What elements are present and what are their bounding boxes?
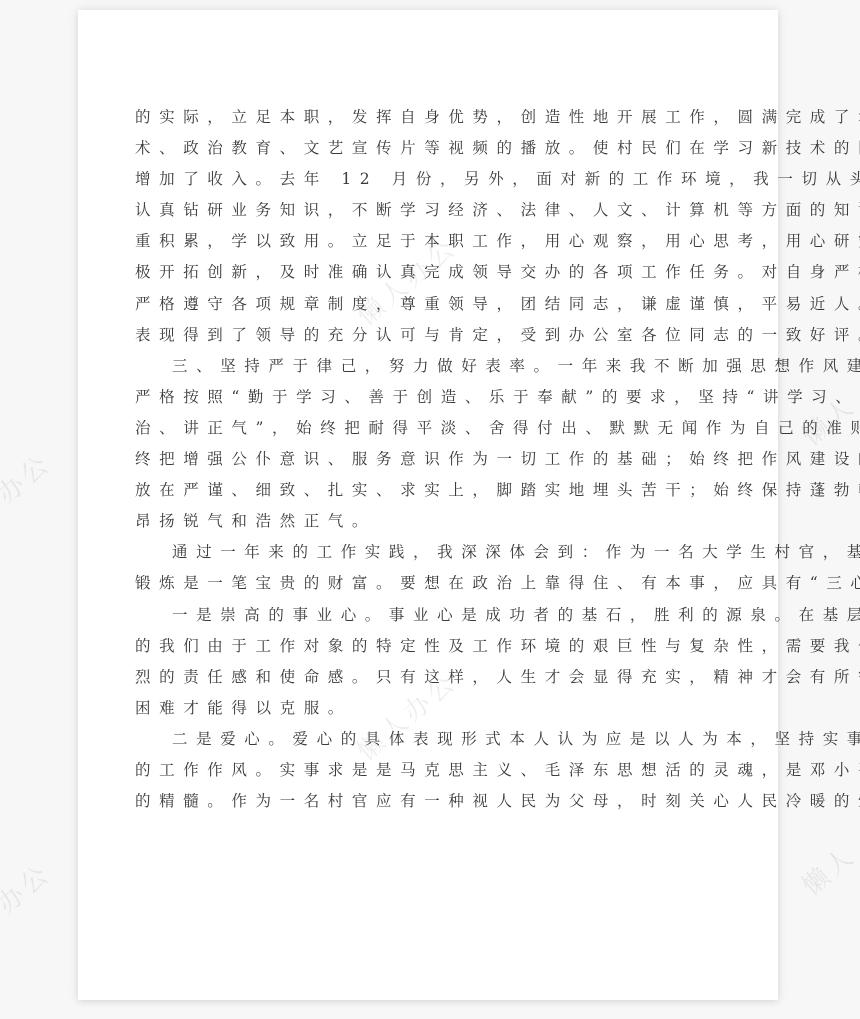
watermark-left-bottom: 办公 [0, 854, 58, 921]
text-line: 终把增强公仆意识、服务意识作为一切工作的基础；始终把作风建设的重点 [135, 444, 725, 475]
paragraph-start-line: 三、坚持严于律己，努力做好表率。一年来我不断加强思想作风建设。 [135, 351, 725, 382]
text-line: 昂扬锐气和浩然正气。 [135, 506, 725, 537]
text-line: 的实际，立足本职，发挥自身优势，创造性地开展工作，圆满完成了农业技 [135, 102, 725, 133]
text-line: 术、政治教育、文艺宣传片等视频的播放。使村民们在学习新技术的同时也 [135, 133, 725, 164]
text-line: 锻炼是一笔宝贵的财富。要想在政治上靠得住、有本事，应具有“三心”。 [135, 568, 725, 599]
text-line: 烈的责任感和使命感。只有这样，人生才会显得充实，精神才会有所寄托， [135, 662, 725, 693]
text-line: 放在严谨、细致、扎实、求实上，脚踏实地埋头苦干；始终保持蓬勃朝气、 [135, 475, 725, 506]
text-line: 困难才能得以克服。 [135, 693, 725, 724]
text-line: 严格按照“勤于学习、善于创造、乐于奉献”的要求，坚持“讲学习、讲政 [135, 382, 725, 413]
text-line: 表现得到了领导的充分认可与肯定，受到办公室各位同志的一致好评。 [135, 320, 725, 351]
paragraph-start-line: 一是崇高的事业心。事业心是成功者的基石，胜利的源泉。在基层工作 [135, 600, 725, 631]
text-line: 极开拓创新，及时准确认真完成领导交办的各项工作任务。对自身严格要求， [135, 257, 725, 288]
document-page: 的实际，立足本职，发挥自身优势，创造性地开展工作，圆满完成了农业技 术、政治教育… [78, 10, 778, 1000]
paragraph-start-line: 二是爱心。爱心的具体表现形式本人认为应是以人为本，坚持实事求是 [135, 724, 725, 755]
text-line: 的工作作风。实事求是是马克思主义、毛泽东思想活的灵魂，是邓小平理论 [135, 755, 725, 786]
text-line: 的精髓。作为一名村官应有一种视人民为父母，时刻关心人民冷暖的爱心， [135, 786, 725, 817]
watermark-right-bottom: 懒人 [793, 836, 860, 903]
paragraph-start-line: 通过一年来的工作实践，我深深体会到：作为一名大学生村官，基层的 [135, 537, 725, 568]
watermark-left-top: 办公 [0, 444, 58, 511]
document-body: 的实际，立足本职，发挥自身优势，创造性地开展工作，圆满完成了农业技 术、政治教育… [135, 102, 725, 817]
text-line: 治、讲正气”，始终把耐得平淡、舍得付出、默默无闻作为自己的准则；始 [135, 413, 725, 444]
text-line: 严格遵守各项规章制度，尊重领导，团结同志，谦虚谨慎，平易近人。综合 [135, 289, 725, 320]
text-line: 重积累，学以致用。立足于本职工作，用心观察，用心思考，用心研究，积 [135, 226, 725, 257]
text-line: 认真钻研业务知识，不断学习经济、法律、人文、计算机等方面的知识，注 [135, 195, 725, 226]
text-line: 增加了收入。去年 12 月份，另外，面对新的工作环境，我一切从头做起， [135, 164, 725, 195]
text-line: 的我们由于工作对象的特定性及工作环境的艰巨性与复杂性，需要我们有强 [135, 631, 725, 662]
